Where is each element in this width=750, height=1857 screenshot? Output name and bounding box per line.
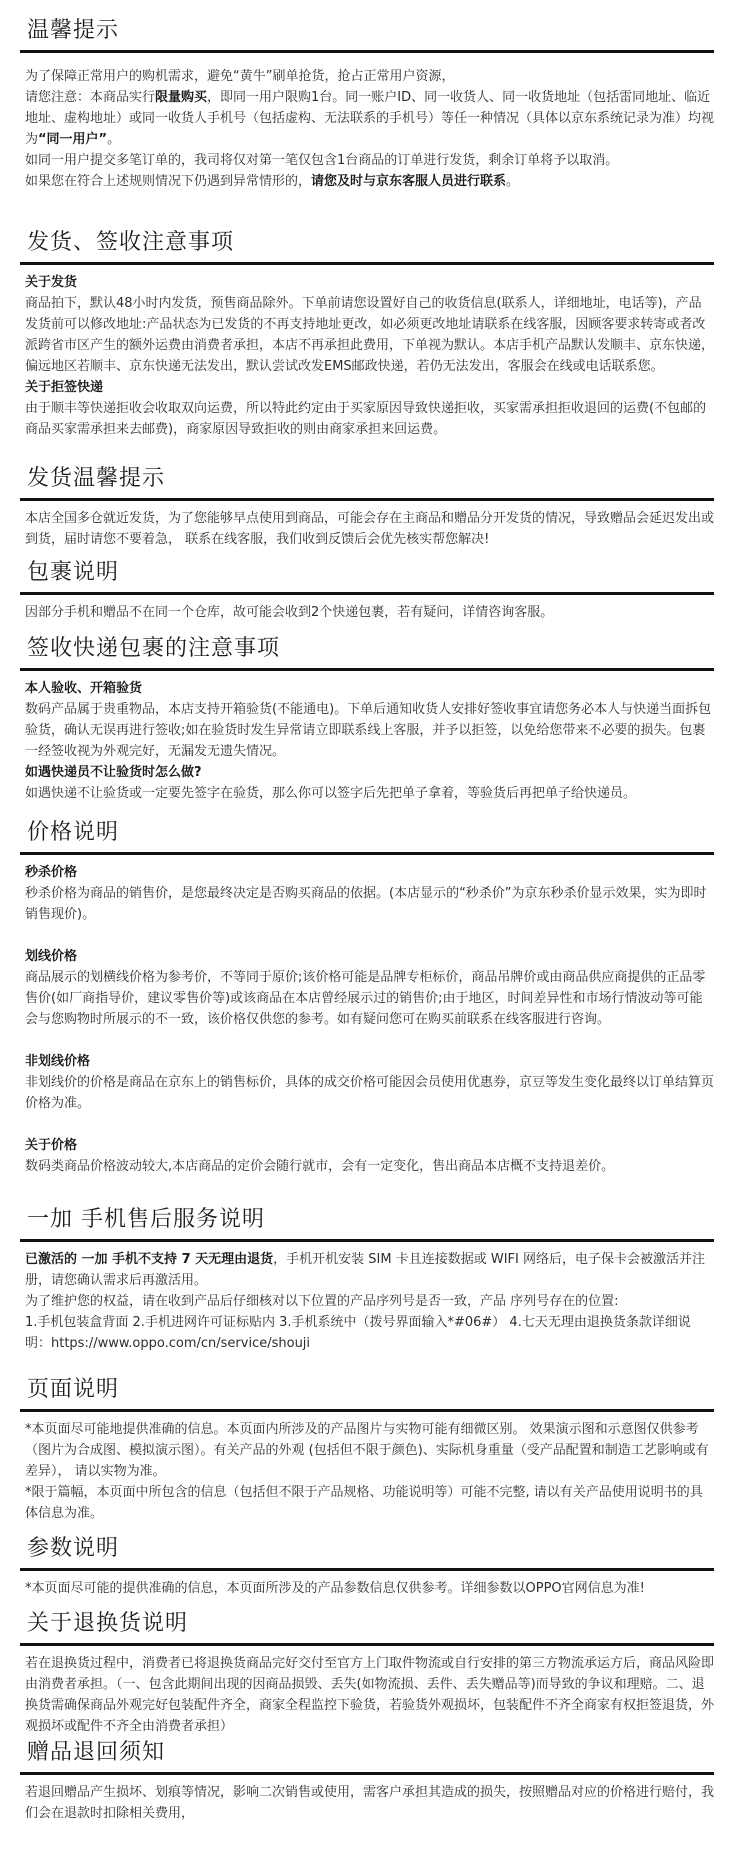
section-divider [20,50,714,53]
section-title: 发货温馨提示 [27,466,714,492]
text-run: 数码类商品价格波动较大,本店商品的定价会随行就市，会有一定变化，售出商品本店概不… [25,1159,614,1174]
section-title: 签收快递包裹的注意事项 [27,636,714,662]
section-title: 发货、签收注意事项 [27,230,714,256]
paragraph: 已激活的 一加 手机不支持 7 天无理由退货，手机开机安装 SIM 卡且连接数据… [25,1249,714,1291]
text-run: 商品拍下，默认48小时内发货，预售商品除外。下单前请您设置好自己的收货信息(联系… [25,296,714,374]
emphasis-text: 请您及时与京东客服人员进行联系 [311,174,506,189]
section-title: 关于退换货说明 [27,1611,714,1637]
subsection-title: 如遇快递员不让验货时怎么做? [25,762,714,783]
section-price: 价格说明秒杀价格秒杀价格为商品的销售价，是您最终决定是否购买商品的依据。(本店显… [20,820,714,1177]
section-body: 若退回赠品产生损坏、划痕等情况，影响二次销售或使用，需客户承担其造成的损失，按照… [20,1782,714,1824]
subsection-title: 关于拒签快递 [25,377,714,398]
paragraph: 如同一用户提交多笔订单的，我司将仅对第一笔仅包含1台商品的订单进行发货，剩余订单… [25,150,714,171]
section-body: *本页面尽可能地提供准确的信息。本页面内所涉及的产品图片与实物可能有细微区别。 … [20,1419,714,1524]
text-run: 商品展示的划横线价格为参考价，不等同于原价;该价格可能是品牌专柜标价，商品吊牌价… [25,970,705,1027]
section-divider [20,1239,714,1242]
section-body: 关于发货商品拍下，默认48小时内发货，预售商品除外。下单前请您设置好自己的收货信… [20,272,714,440]
paragraph: 数码产品属于贵重物品，本店支持开箱验货(不能通电)。下单后通知收货人安排好签收事… [25,699,714,762]
text-run: 若在退换货过程中，消费者已将退换货商品完好交付至官方上门取件物流或自行安排的第三… [25,1656,714,1734]
section-warm-tips: 温馨提示为了保障正常用户的购机需求，避免“黄牛”刷单抢货，抢占正常用户资源，请您… [20,18,714,192]
text-run: 数码产品属于贵重物品，本店支持开箱验货(不能通电)。下单后通知收货人安排好签收事… [25,702,711,759]
text-run: *限于篇幅，本页面中所包含的信息（包括但不限于产品规格、功能说明等）可能不完整,… [25,1485,703,1521]
section-gift-returns: 赠品退回须知若退回赠品产生损坏、划痕等情况，影响二次销售或使用，需客户承担其造成… [20,1740,714,1824]
section-title: 赠品退回须知 [27,1740,714,1766]
emphasis-text: 限量购买 [155,90,207,105]
section-returns: 关于退换货说明若在退换货过程中，消费者已将退换货商品完好交付至官方上门取件物流或… [20,1611,714,1737]
paragraph: 如遇快递不让验货或一定要先签字在验货，那么你可以签字后先把单子拿着，等验货后再把… [25,783,714,804]
paragraph: 商品展示的划横线价格为参考价，不等同于原价;该价格可能是品牌专柜标价，商品吊牌价… [25,967,714,1030]
section-after-sales: 一加 手机售后服务说明已激活的 一加 手机不支持 7 天无理由退货，手机开机安装… [20,1207,714,1354]
paragraph: 请您注意：本商品实行限量购买，即同一用户限购1台。同一账户ID、同一收货人、同一… [25,87,714,150]
paragraph: 1.手机包装盒背面 2.手机进网许可证标贴内 3.手机系统中（拨号界面输入*#0… [25,1312,714,1354]
subsection-title: 关于价格 [25,1135,714,1156]
paragraph: 若在退换货过程中，消费者已将退换货商品完好交付至官方上门取件物流或自行安排的第三… [25,1653,714,1737]
spacer [25,1030,714,1051]
section-title: 温馨提示 [27,18,714,44]
section-divider [20,1643,714,1646]
section-body: 若在退换货过程中，消费者已将退换货商品完好交付至官方上门取件物流或自行安排的第三… [20,1653,714,1737]
paragraph: 因部分手机和赠品不在同一个仓库，故可能会收到2个快递包裹，若有疑问，详情咨询客服… [25,602,714,623]
section-divider [20,668,714,671]
emphasis-text: “同一用户” [38,132,107,147]
section-divider [20,852,714,855]
paragraph: 秒杀价格为商品的销售价，是您最终决定是否购买商品的依据。(本店显示的“秒杀价”为… [25,883,714,925]
text-run: 。 [506,174,519,189]
text-run: *本页面尽可能的提供准确的信息，本页面所涉及的产品参数信息仅供参考。详细参数以O… [25,1581,645,1596]
section-body: 已激活的 一加 手机不支持 7 天无理由退货，手机开机安装 SIM 卡且连接数据… [20,1249,714,1354]
text-run: 为了维护您的权益，请在收到产品后仔细核对以下位置的产品序列号是否一致，产品 序列… [25,1294,619,1309]
section-title: 参数说明 [27,1536,714,1562]
paragraph: *本页面尽可能的提供准确的信息，本页面所涉及的产品参数信息仅供参考。详细参数以O… [25,1578,714,1599]
text-run: 如同一用户提交多笔订单的，我司将仅对第一笔仅包含1台商品的订单进行发货，剩余订单… [25,153,618,168]
section-body: 本店全国多仓就近发货，为了您能够早点使用到商品，可能会存在主商品和赠品分开发货的… [20,508,714,550]
paragraph: 为了维护您的权益，请在收到产品后仔细核对以下位置的产品序列号是否一致，产品 序列… [25,1291,714,1312]
text-run: 秒杀价格为商品的销售价，是您最终决定是否购买商品的依据。(本店显示的“秒杀价”为… [25,886,707,922]
text-run: *本页面尽可能地提供准确的信息。本页面内所涉及的产品图片与实物可能有细微区别。 … [25,1422,709,1479]
subsection-title: 划线价格 [25,946,714,967]
spacer [25,925,714,946]
section-shipping-receipt: 发货、签收注意事项关于发货商品拍下，默认48小时内发货，预售商品除外。下单前请您… [20,230,714,440]
paragraph: 为了保障正常用户的购机需求，避免“黄牛”刷单抢货，抢占正常用户资源， [25,66,714,87]
text-run: 本店全国多仓就近发货，为了您能够早点使用到商品，可能会存在主商品和赠品分开发货的… [25,511,714,547]
subsection-title: 本人验收、开箱验货 [25,678,714,699]
text-run: 由于顺丰等快递拒收会收取双向运费，所以特此约定由于买家原因导致快递拒收，买家需承… [25,401,706,437]
text-run: 请您注意：本商品实行 [25,90,155,105]
section-shipping-tips: 发货温馨提示本店全国多仓就近发货，为了您能够早点使用到商品，可能会存在主商品和赠… [20,466,714,550]
paragraph: *限于篇幅，本页面中所包含的信息（包括但不限于产品规格、功能说明等）可能不完整,… [25,1482,714,1524]
section-title: 一加 手机售后服务说明 [27,1207,714,1233]
section-page-notes: 页面说明 *本页面尽可能地提供准确的信息。本页面内所涉及的产品图片与实物可能有细… [20,1377,714,1524]
subsection-title: 秒杀价格 [25,862,714,883]
text-run: 如果您在符合上述规则情况下仍遇到异常情形的， [25,174,311,189]
text-run: 若退回赠品产生损坏、划痕等情况，影响二次销售或使用，需客户承担其造成的损失，按照… [25,1785,714,1821]
section-title: 包裹说明 [27,560,714,586]
text-run: 1.手机包装盒背面 2.手机进网许可证标贴内 3.手机系统中（拨号界面输入*#0… [25,1315,691,1351]
section-divider [20,262,714,265]
paragraph: 若退回赠品产生损坏、划痕等情况，影响二次销售或使用，需客户承担其造成的损失，按照… [25,1782,714,1824]
subsection-title: 关于发货 [25,272,714,293]
section-title: 页面说明 [27,1377,714,1403]
section-divider [20,1568,714,1571]
paragraph: 数码类商品价格波动较大,本店商品的定价会随行就市，会有一定变化，售出商品本店概不… [25,1156,714,1177]
section-body: 为了保障正常用户的购机需求，避免“黄牛”刷单抢货，抢占正常用户资源，请您注意：本… [20,66,714,192]
text-run: 非划线价的价格是商品在京东上的销售标价，具体的成交价格可能因会员使用优惠券，京豆… [25,1075,714,1111]
emphasis-text: 已激活的 一加 手机不支持 7 天无理由退货 [25,1252,273,1267]
text-run: 如遇快递不让验货或一定要先签字在验货，那么你可以签字后先把单子拿着，等验货后再把… [25,786,636,801]
paragraph: 由于顺丰等快递拒收会收取双向运费，所以特此约定由于买家原因导致快递拒收，买家需承… [25,398,714,440]
paragraph: 非划线价的价格是商品在京东上的销售标价，具体的成交价格可能因会员使用优惠券，京豆… [25,1072,714,1114]
subsection-title: 非划线价格 [25,1051,714,1072]
text-run: 因部分手机和赠品不在同一个仓库，故可能会收到2个快递包裹，若有疑问，详情咨询客服… [25,605,553,620]
section-body: *本页面尽可能的提供准确的信息，本页面所涉及的产品参数信息仅供参考。详细参数以O… [20,1578,714,1599]
text-run: 。 [107,132,120,147]
text-run: 为了保障正常用户的购机需求，避免“黄牛”刷单抢货，抢占正常用户资源， [25,69,454,84]
section-divider [20,1409,714,1412]
section-params: 参数说明*本页面尽可能的提供准确的信息，本页面所涉及的产品参数信息仅供参考。详细… [20,1536,714,1599]
section-package-receipt: 签收快递包裹的注意事项本人验收、开箱验货数码产品属于贵重物品，本店支持开箱验货(… [20,636,714,804]
paragraph: 商品拍下，默认48小时内发货，预售商品除外。下单前请您设置好自己的收货信息(联系… [25,293,714,377]
section-package: 包裹说明因部分手机和赠品不在同一个仓库，故可能会收到2个快递包裹，若有疑问，详情… [20,560,714,623]
section-body: 因部分手机和赠品不在同一个仓库，故可能会收到2个快递包裹，若有疑问，详情咨询客服… [20,602,714,623]
section-body: 秒杀价格秒杀价格为商品的销售价，是您最终决定是否购买商品的依据。(本店显示的“秒… [20,862,714,1177]
section-divider [20,1772,714,1775]
spacer [25,1114,714,1135]
section-divider [20,592,714,595]
section-body: 本人验收、开箱验货数码产品属于贵重物品，本店支持开箱验货(不能通电)。下单后通知… [20,678,714,804]
section-divider [20,498,714,501]
paragraph: *本页面尽可能地提供准确的信息。本页面内所涉及的产品图片与实物可能有细微区别。 … [25,1419,714,1482]
section-title: 价格说明 [27,820,714,846]
paragraph: 本店全国多仓就近发货，为了您能够早点使用到商品，可能会存在主商品和赠品分开发货的… [25,508,714,550]
paragraph: 如果您在符合上述规则情况下仍遇到异常情形的，请您及时与京东客服人员进行联系。 [25,171,714,192]
